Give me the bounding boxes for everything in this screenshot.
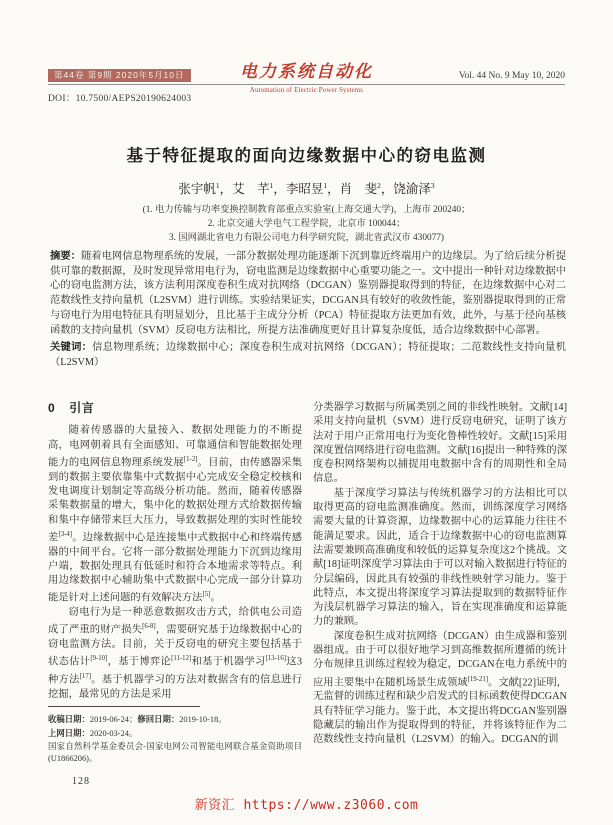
body-paragraph: 基于深度学习算法与传统机器学习的方法相比可以取得更高的窃电监测准确度。然而，训练… (313, 487, 567, 630)
volume-info: Vol. 44 No. 9 May 10, 2020 (459, 71, 565, 81)
right-column: 分类器学习数据与所属类别之间的非线性映射。文献[14]采用支持向量机（SVM）进… (313, 396, 567, 748)
affiliation-line: (1. 电力传输与功率变换控制教育部重点实验室(上海交通大学)，上海市 2002… (0, 203, 613, 217)
section-heading: 0引言 (48, 401, 302, 415)
abstract-text: 随着电网信息物理系统的发展，一部分数据处理功能逐渐下沉到靠近终端用户的边缘层。为… (50, 251, 566, 336)
left-column: 0引言 随着传感器的大量接入、数据处理能力的不断提高，电网朝着具有全面感知、可靠… (48, 396, 302, 748)
keywords-label: 关键词： (50, 342, 92, 353)
section-title: 引言 (69, 401, 94, 415)
keywords-paragraph: 关键词：信息物理系统；边缘数据中心；深度卷积生成对抗网络（DCGAN）；特征提取… (50, 341, 566, 370)
abstract-label: 摘要： (50, 251, 81, 262)
journal-page: 第44卷 第9期 2020年5月10日 DOI：10.7500/AEPS2019… (0, 0, 613, 825)
footnote-block: 收稿日期：2019-06-24；修回日期：2019-10-18。 上网日期：20… (48, 706, 302, 766)
page-number: 128 (72, 776, 90, 787)
affiliations: (1. 电力传输与功率变换控制教育部重点实验室(上海交通大学)，上海市 2002… (0, 203, 613, 245)
footnote-line: 国家自然科学基金委员会-国家电网公司智能电网联合基金资助项目(U1866206)… (48, 741, 302, 767)
affiliation-line: 3. 国网湖北省电力有限公司电力科学研究院，湖北省武汉市 430077) (0, 231, 613, 245)
abstract-paragraph: 摘要：随着电网信息物理系统的发展，一部分数据处理功能逐渐下沉到靠近终端用户的边缘… (50, 250, 566, 338)
article-title: 基于特征提取的面向边缘数据中心的窃电监测 (0, 142, 613, 166)
abstract-block: 摘要：随着电网信息物理系统的发展，一部分数据处理功能逐渐下沉到靠近终端用户的边缘… (50, 250, 566, 371)
footnote-line: 上网日期：2020-03-24。 (48, 727, 302, 741)
affiliation-line: 2. 北京交通大学电气工程学院，北京市 100044； (0, 217, 613, 231)
keywords-text: 信息物理系统；边缘数据中心；深度卷积生成对抗网络（DCGAN）；特征提取；二范数… (50, 342, 566, 368)
footnote-line: 收稿日期：2019-06-24；修回日期：2019-10-18。 (48, 713, 302, 727)
journal-logo-en: Automation of Electric Power Systems (0, 86, 613, 95)
body-paragraph: 深度卷积生成对抗网络（DCGAN）由生成器和鉴别器组成。由于可以很好地学习到高维… (313, 630, 567, 748)
body-paragraph: 随着传感器的大量接入、数据处理能力的不断提高，电网朝着具有全面感知、可靠通信和智… (48, 424, 302, 606)
footnote-rule (48, 706, 200, 707)
watermark-link: 新资汇 https://www.z3060.com (0, 794, 613, 813)
authors-line: 张宇帆1，艾 芊1，李昭昱1，肖 斐2，饶渝泽3 (0, 179, 613, 197)
body-columns: 0引言 随着传感器的大量接入、数据处理能力的不断提高，电网朝着具有全面感知、可靠… (48, 396, 567, 748)
header-rule (48, 84, 565, 85)
section-number: 0 (48, 401, 55, 415)
body-paragraph: 分类器学习数据与所属类别之间的非线性映射。文献[14]采用支持向量机（SVM）进… (313, 401, 567, 487)
body-paragraph: 窃电行为是一种恶意数据攻击方式，给供电公司造成了严重的财产损失[6-8]，需要研… (48, 606, 302, 702)
